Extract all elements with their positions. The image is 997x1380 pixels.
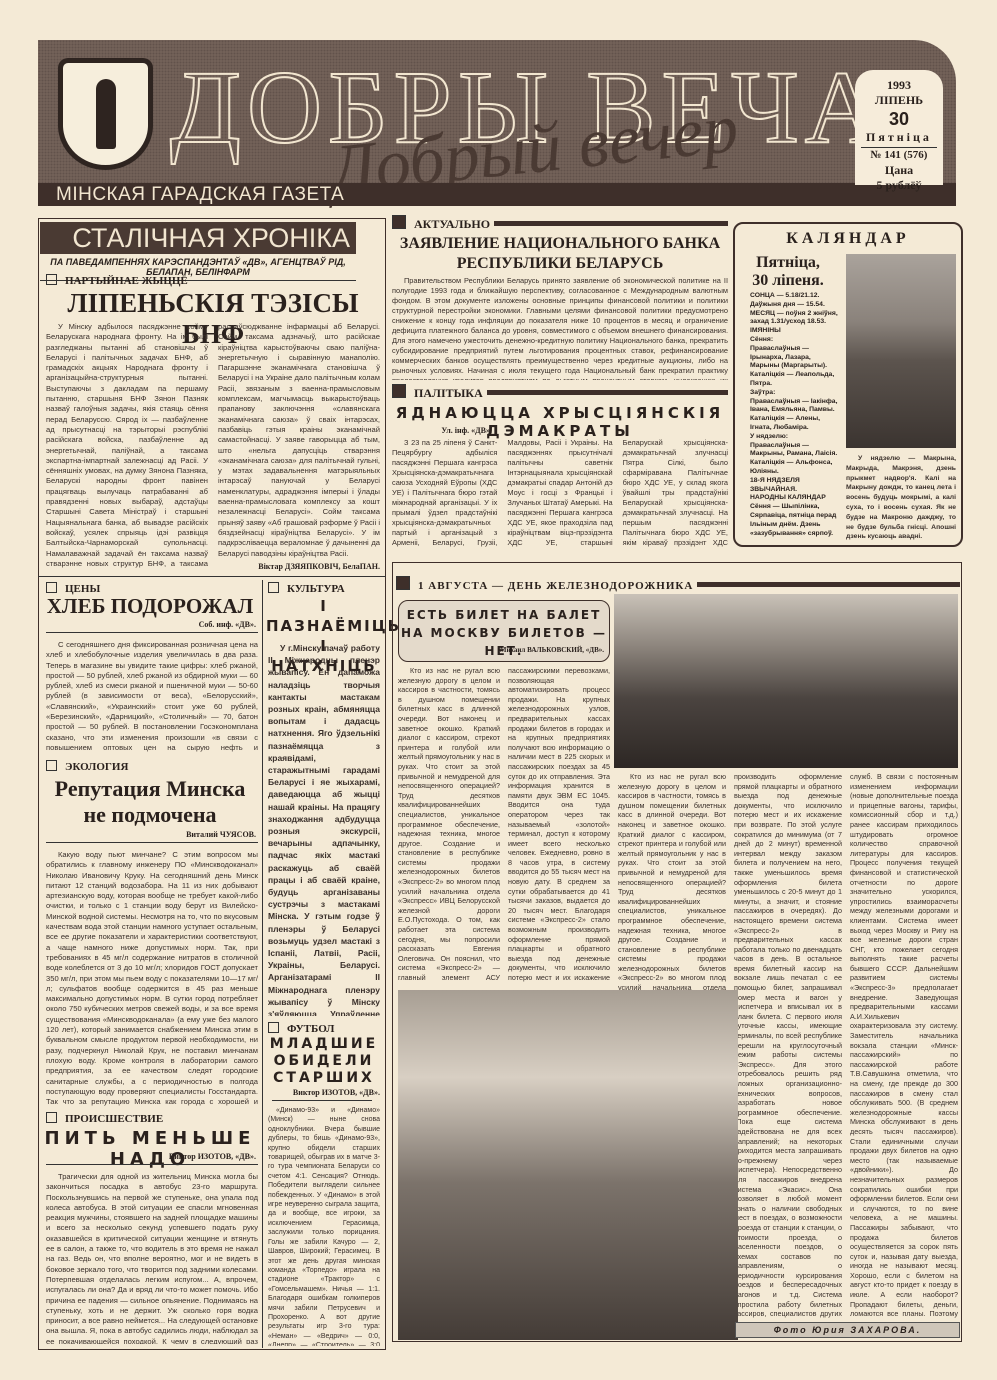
football-headline-line3: СТАРШИХ [266,1070,382,1087]
divider [38,576,386,577]
calendar-line: Каталіцкія — Альфонса, Юліяны. [750,459,842,477]
culture-headline-line1: І ПАЗНАЁМІЦЬ, [266,596,382,636]
ecology-headline-line2: не подмочена [40,802,260,828]
culture-body: У г.Мінску пачаў работу ІІ Міжнародны пл… [268,642,380,1016]
calendar-line: МЕСЯЦ — поўня 2 жніўня, [750,310,842,319]
issue-weekday: Пятніца [855,130,943,145]
ecology-headline: Репутация Минска не подмочена [40,776,260,828]
railway-headline-line1: ЕСТЬ БИЛЕТ НА БАЛЕТ [400,606,608,624]
calendar-line: Заўтра: [750,389,842,398]
rubric-culture: КУЛЬТУРА [268,582,345,595]
calendar-date: Пятніца, 30 ліпеня. [738,254,838,290]
price-label: Цана [855,163,943,178]
rubric-politics: ПАЛІТЫКА [392,384,483,401]
divider [46,632,258,633]
bank-headline-line2: РЕСПУБЛИКИ БЕЛАРУСЬ [392,254,728,274]
calendar-line: Праваслаўныя — Іакінфа, Івана, Емяльяна,… [750,398,842,416]
issue-year: 1993 [855,78,943,93]
incident-byline: Виктор ИЗОТОВ, «ДВ». [140,1152,256,1161]
railway-byline: Михаил ВАЛЬКОВСКИЙ, «ДВ». [400,646,604,654]
incident-body: Трагически для одной из жительниц Минска… [46,1172,258,1344]
football-headline-line1: МЛАДШИЕ [266,1036,382,1053]
calendar-line: СОНЦА — 5.18/21.12. [750,292,842,301]
rubric-football: ФУТБОЛ [268,1022,334,1035]
newspaper-subtitle: МІНСКАЯ ГАРАДСКАЯ ГАЗЕТА [56,184,344,206]
photo-caption: Фото Юрия ЗАХАРОВА. [735,1322,960,1338]
railway-photo-terminals [398,990,738,1340]
railway-photo-queue [614,594,958,768]
calendar-header: КАЛЯНДАР [735,230,961,248]
ecology-body: Какую воду пьют минчане? С этим вопросом… [46,850,258,1108]
bread-body: С сегодняшнего дня фиксированная розничн… [46,640,258,754]
football-headline: МЛАДШИЕ ОБИДЕЛИ СТАРШИХ [266,1036,382,1087]
section-bar-actual: АКТУАЛЬНО [392,217,728,229]
rubric-ecology: ЭКОЛОГИЯ [46,760,128,773]
divider [46,842,258,843]
rubric-party-life: ПАРТЫЙНАЕ ЖЫЦЦЁ [46,274,188,287]
column-divider [262,580,263,1348]
issue-date-box: 1993 ЛІПЕНЬ 30 Пятніца № 141 (576) Цана … [855,70,943,185]
calendar-line: У нядзелю: [750,433,842,442]
bank-body: Правительством Республики Беларусь приня… [392,276,728,380]
rubric-incident: ПРОИСШЕСТВИЕ [46,1112,163,1125]
bread-byline: Соб. инф. «ДВ». [140,620,256,629]
minsk-coat-of-arms-icon [58,58,153,170]
issue-number: № 141 (576) [861,147,937,163]
calendar-line: Праваслаўныя — Макрыны, Рамана, Лаісія. [750,442,842,460]
calendar-line: Сёння — Шыпілінка, Сярпавіца, пятніца пе… [750,503,842,538]
calendar-line: захад 1.31/усход 18.53. [750,318,842,327]
issue-day: 30 [855,108,943,130]
calendar-line: Каталіцкія — Леапольда, Пятра. [750,371,842,389]
ecology-byline: Виталий ЧУЯСОВ. [140,830,256,839]
bnf-body: У Мінску адбылося пасяджэнне сойму Белар… [46,322,380,572]
railway-body-part1: Кто из нас не ругал всю железную дорогу … [398,666,610,986]
section-bar-politics: ПАЛІТЫКА [392,386,728,398]
calendar-line: ІМЯНІНЫ [750,327,842,336]
rubric-actual: АКТУАЛЬНО [392,215,490,232]
calendar-line: Даўжыня дня — 15.54. [750,301,842,310]
price-value: 5 рублёў [855,178,943,193]
calendar-line: Сёння: [750,336,842,345]
issue-month: ЛІПЕНЬ [855,93,943,108]
calendar-line: НАРОДНЫ КАЛЯНДАР [750,494,842,503]
chronicle-header: СТАЛІЧНАЯ ХРОНІКА [40,222,356,254]
football-byline: Виктор ИЗОТОВ, «ДВ». [268,1088,380,1097]
calendar-line: Праваслаўныя — Ірынарха, Лазара, Марыны … [750,345,842,371]
football-body: «Динамо-93» и «Динамо» (Минск) — ныне сн… [268,1106,380,1346]
section-bar-railway: 1 АВГУСТА — ДЕНЬ ЖЕЛЕЗНОДОРОЖНИКА [396,578,960,590]
calendar-line: Каталіцкія — Алены, Ігната, Любаміра. [750,415,842,433]
railway-headline-line2: НА МОСКВУ БИЛЕТОВ — НЕТ. [400,624,608,660]
politics-byline: Ул. інф. «ДВ». [392,426,492,435]
calendar-folk-text: У нядзелю — Макрына, Макрыда, Макрэня, д… [846,454,956,544]
bnf-byline: Віктар ДЗЯЯПКОВІЧ, БелаПАН. [240,562,380,571]
divider [46,1164,258,1165]
chronicle-title: СТАЛІЧНАЯ ХРОНІКА [72,223,350,254]
calendar-line: 18-Я НЯДЗЕЛЯ ЗВЫЧАЙНАЯ. [750,477,842,495]
politics-body: З 23 па 25 ліпеня ў Санкт-Пецярбургу адб… [392,438,728,556]
calendar-date-line1: Пятніца, [738,254,838,272]
calendar-photo [846,254,956,448]
ecology-headline-line1: Репутация Минска [40,776,260,802]
football-headline-line2: ОБИДЕЛИ [266,1053,382,1070]
calendar-entries: СОНЦА — 5.18/21.12. Даўжыня дня — 15.54.… [750,292,842,542]
divider [272,1100,372,1101]
bank-headline-line1: ЗАЯВЛЕНИЕ НАЦИОНАЛЬНОГО БАНКА [392,234,728,254]
calendar-date-line2: 30 ліпеня. [738,272,838,290]
bread-headline: ХЛЕБ ПОДОРОЖАЛ [40,594,260,619]
bank-headline: ЗАЯВЛЕНИЕ НАЦИОНАЛЬНОГО БАНКА РЕСПУБЛИКИ… [392,234,728,274]
railway-section-title: 1 АВГУСТА — ДЕНЬ ЖЕЛЕЗНОДОРОЖНИКА [396,576,693,592]
